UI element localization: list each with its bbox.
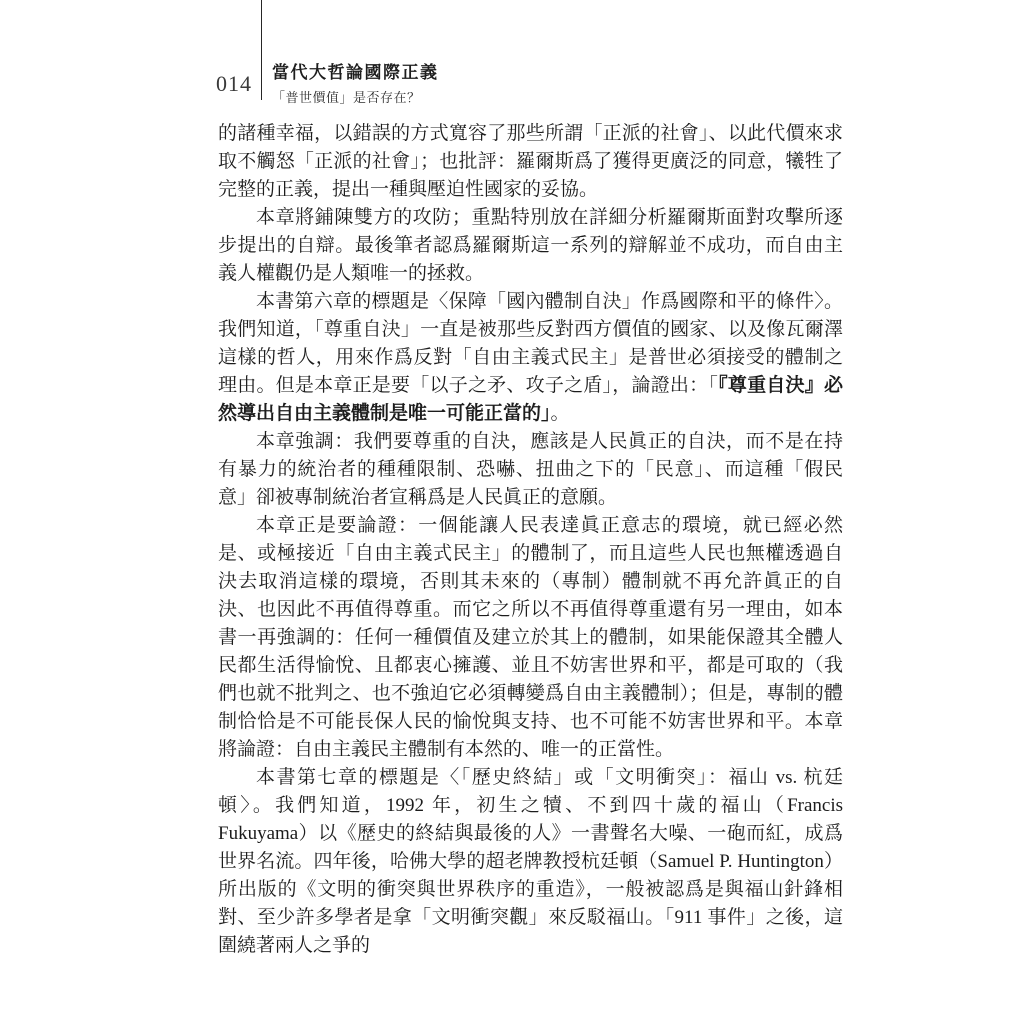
paragraph: 本書第七章的標題是〈「歷史終結」或「文明衝突」：福山 vs. 杭廷頓〉。我們知道…	[218, 764, 843, 960]
body-text-run: 本章將鋪陳雙方的攻防；重點特別放在詳細分析羅爾斯面對攻擊所逐步提出的自辯。最後筆…	[218, 207, 843, 284]
body-text-run: 本書第七章的標題是〈「歷史終結」或「文明衝突」：福山 vs. 杭廷頓〉。我們知道…	[218, 767, 843, 956]
page-body: 的諸種幸福，以錯誤的方式寬容了那些所謂「正派的社會」、以此代價來求取不觸怒「正派…	[218, 120, 843, 960]
book-subtitle: 「普世價值」是否存在？	[272, 87, 439, 106]
paragraph: 的諸種幸福，以錯誤的方式寬容了那些所謂「正派的社會」、以此代價來求取不觸怒「正派…	[218, 120, 843, 204]
book-page: 014 當代大哲論國際正義 「普世價值」是否存在？ 的諸種幸福，以錯誤的方式寬容…	[0, 0, 1024, 1024]
paragraph: 本章正是要論證：一個能讓人民表達眞正意志的環境，就已經必然是、或極接近「自由主義…	[218, 512, 843, 764]
paragraph: 本章強調：我們要尊重的自決，應該是人民眞正的自決，而不是在持有暴力的統治者的種種…	[218, 428, 843, 512]
header-divider	[261, 0, 262, 100]
book-title: 當代大哲論國際正義	[272, 58, 439, 83]
page-header: 當代大哲論國際正義 「普世價值」是否存在？	[272, 58, 439, 106]
paragraph: 本章將鋪陳雙方的攻防；重點特別放在詳細分析羅爾斯面對攻擊所逐步提出的自辯。最後筆…	[218, 204, 843, 288]
body-text-run: 本章強調：我們要尊重的自決，應該是人民眞正的自決，而不是在持有暴力的統治者的種種…	[218, 431, 843, 508]
body-text-run: 。	[551, 403, 570, 424]
paragraph: 本書第六章的標題是〈保障「國內體制自決」作爲國際和平的條件〉。我們知道，「尊重自…	[218, 288, 843, 428]
body-text-run: 本章正是要論證：一個能讓人民表達眞正意志的環境，就已經必然是、或極接近「自由主義…	[218, 515, 843, 760]
page-number: 014	[192, 71, 252, 97]
body-text-run: 的諸種幸福，以錯誤的方式寬容了那些所謂「正派的社會」、以此代價來求取不觸怒「正派…	[218, 123, 843, 200]
